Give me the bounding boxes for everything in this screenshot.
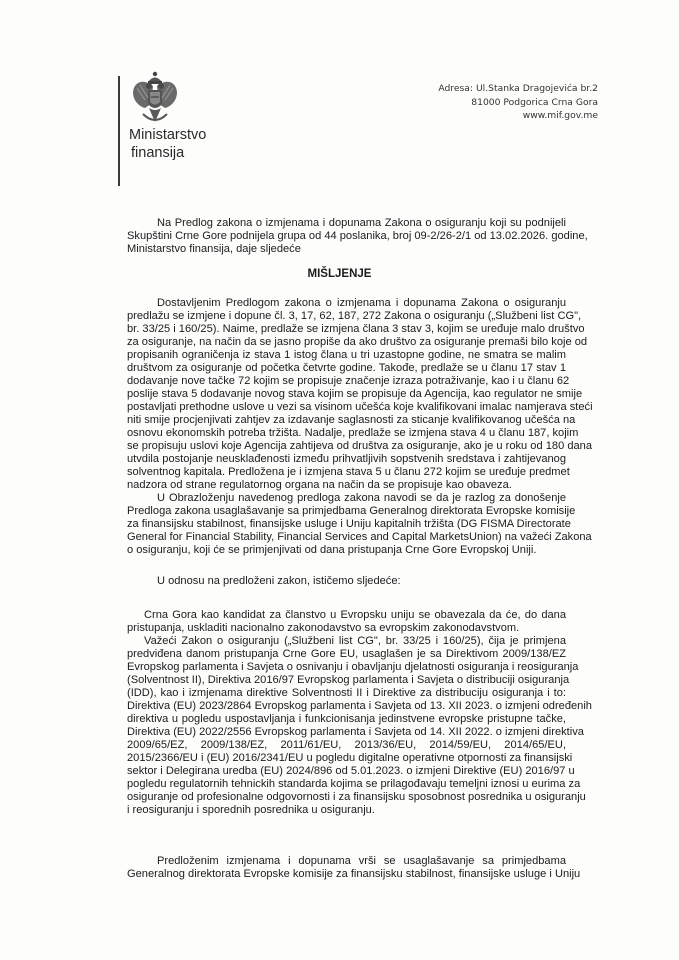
text-line: Dostavljenim Predlogom zakona o izmjenam…: [127, 297, 566, 310]
text-line: Predloga zakona usaglašavanje sa primjed…: [127, 505, 566, 518]
text-line: dodavanje nove tačke 72 kojim se propisu…: [127, 375, 566, 388]
text-line: osiguranje od profesionalne odgovornosti…: [127, 791, 566, 804]
coat-of-arms-icon: [131, 70, 179, 126]
text-line: br. 33/25 i 160/25). Naime, predlaže se …: [127, 323, 566, 336]
text-line: predlažu se izmjene i dopune čl. 3, 17, …: [127, 310, 566, 323]
text-line: General for Financial Stability, Financi…: [127, 531, 566, 544]
text-line: (IDD), kao i izmjenama direktive Solvent…: [127, 687, 566, 700]
text-line: propisanih ograničenja iz stava 1 istog …: [127, 349, 566, 362]
address-street: Adresa: Ul.Stanka Dragojevića br.2: [438, 82, 598, 96]
text-line: Crna Gora kao kandidat za članstvo u Evr…: [127, 609, 566, 622]
text-line: i reosiguranju i sporednih posrednika u …: [127, 804, 566, 817]
text-line: (Solventnost II), Direktiva 2016/97 Evro…: [127, 674, 566, 687]
text-line: solventnog kapitala. Predložena je i izm…: [127, 466, 566, 479]
letterhead-divider: [118, 76, 120, 186]
text-line: poslije stava 5 dodavanje novog stava ko…: [127, 388, 566, 401]
text-line: osnovu ekonomskih potreba tržišta. Nadal…: [127, 427, 566, 440]
text-line: U odnosu na predloženi zakon, ističemo s…: [127, 575, 566, 588]
paragraph-alignment: Predloženim izmjenama i dopunama vrši se…: [127, 855, 566, 881]
text-line: postavljati prethodne uslove u vezi sa v…: [127, 401, 566, 414]
intro-line: Ministarstvo finansija, daje sljedeće: [127, 243, 566, 256]
text-line: Važeći Zakon o osiguranju („Službeni lis…: [127, 635, 566, 648]
text-line: pogledu regulatornih tehnickih standarda…: [127, 778, 566, 791]
text-line: pristupanja, uskladiti nacionalno zakono…: [127, 622, 566, 635]
text-line: 2015/2366/EU i (EU) 2016/2341/EU u pogle…: [127, 752, 566, 765]
paragraph-explanation: U Obrazloženju navedenog predloga zakona…: [127, 492, 566, 557]
text-line: za finansijsku stabilnost, finansijske u…: [127, 518, 566, 531]
ministry-name-line1: Ministarstvo: [129, 126, 206, 144]
document-page: Ministarstvo finansija Adresa: Ul.Stanka…: [0, 0, 679, 960]
paragraph-directives: Važeći Zakon o osiguranju („Službeni lis…: [127, 635, 566, 817]
text-line: Direktiva (EU) 2022/2556 Evropskog parla…: [127, 726, 566, 739]
paragraph-eu-candidate: Crna Gora kao kandidat za članstvo u Evr…: [127, 609, 566, 635]
document-heading: MIŠLJENJE: [0, 268, 679, 280]
text-line: Generalnog direktorata Evropske komisije…: [127, 868, 566, 881]
address-website[interactable]: www.mif.gov.me: [438, 109, 598, 123]
text-line: U Obrazloženju navedenog predloga zakona…: [127, 492, 566, 505]
text-line: predviđena danom pristupanja Crne Gore E…: [127, 648, 566, 661]
text-line: 2009/65/EZ, 2009/138/EZ, 2011/61/EU, 201…: [127, 739, 566, 752]
ministry-name: Ministarstvo finansija: [129, 126, 206, 162]
intro-line: Skupštini Crne Gore podnijela grupa od 4…: [127, 230, 566, 243]
ministry-name-line2: finansija: [129, 144, 206, 162]
text-line: sektor i Delegirana uredba (EU) 2024/896…: [127, 765, 566, 778]
text-line: direktiva u pogledu uspostavljanja i fun…: [127, 713, 566, 726]
intro-line: Na Predlog zakona o izmjenama i dopunama…: [127, 217, 566, 230]
text-line: o osiguranju, koji će se primjenjivati o…: [127, 544, 566, 557]
text-line: nadzora od strane regulatornog organa na…: [127, 479, 566, 492]
text-line: Direktiva (EU) 2023/2864 Evropskog parla…: [127, 700, 566, 713]
text-line: utvdila postojanje neusklađenosti između…: [127, 453, 566, 466]
text-line: društvom za osiguranje od početka četvrt…: [127, 362, 566, 375]
ministry-address: Adresa: Ul.Stanka Dragojevića br.2 81000…: [438, 82, 598, 123]
text-line: se propisuju uslovi koje Agencija zahtij…: [127, 440, 566, 453]
text-line: Predloženim izmjenama i dopunama vrši se…: [127, 855, 566, 868]
address-city: 81000 Podgorica Crna Gora: [438, 96, 598, 110]
text-line: za osiguranje, na način da se jasno prop…: [127, 336, 566, 349]
intro-paragraph: Na Predlog zakona o izmjenama i dopunama…: [127, 217, 566, 256]
text-line: Evropskog parlamenta i Savjeta o osnivan…: [127, 661, 566, 674]
paragraph-summary: Dostavljenim Predlogom zakona o izmjenam…: [127, 297, 566, 492]
text-line: niti smije procjenjivati zahtjev za izda…: [127, 414, 566, 427]
paragraph-remarks-intro: U odnosu na predloženi zakon, ističemo s…: [127, 575, 566, 588]
